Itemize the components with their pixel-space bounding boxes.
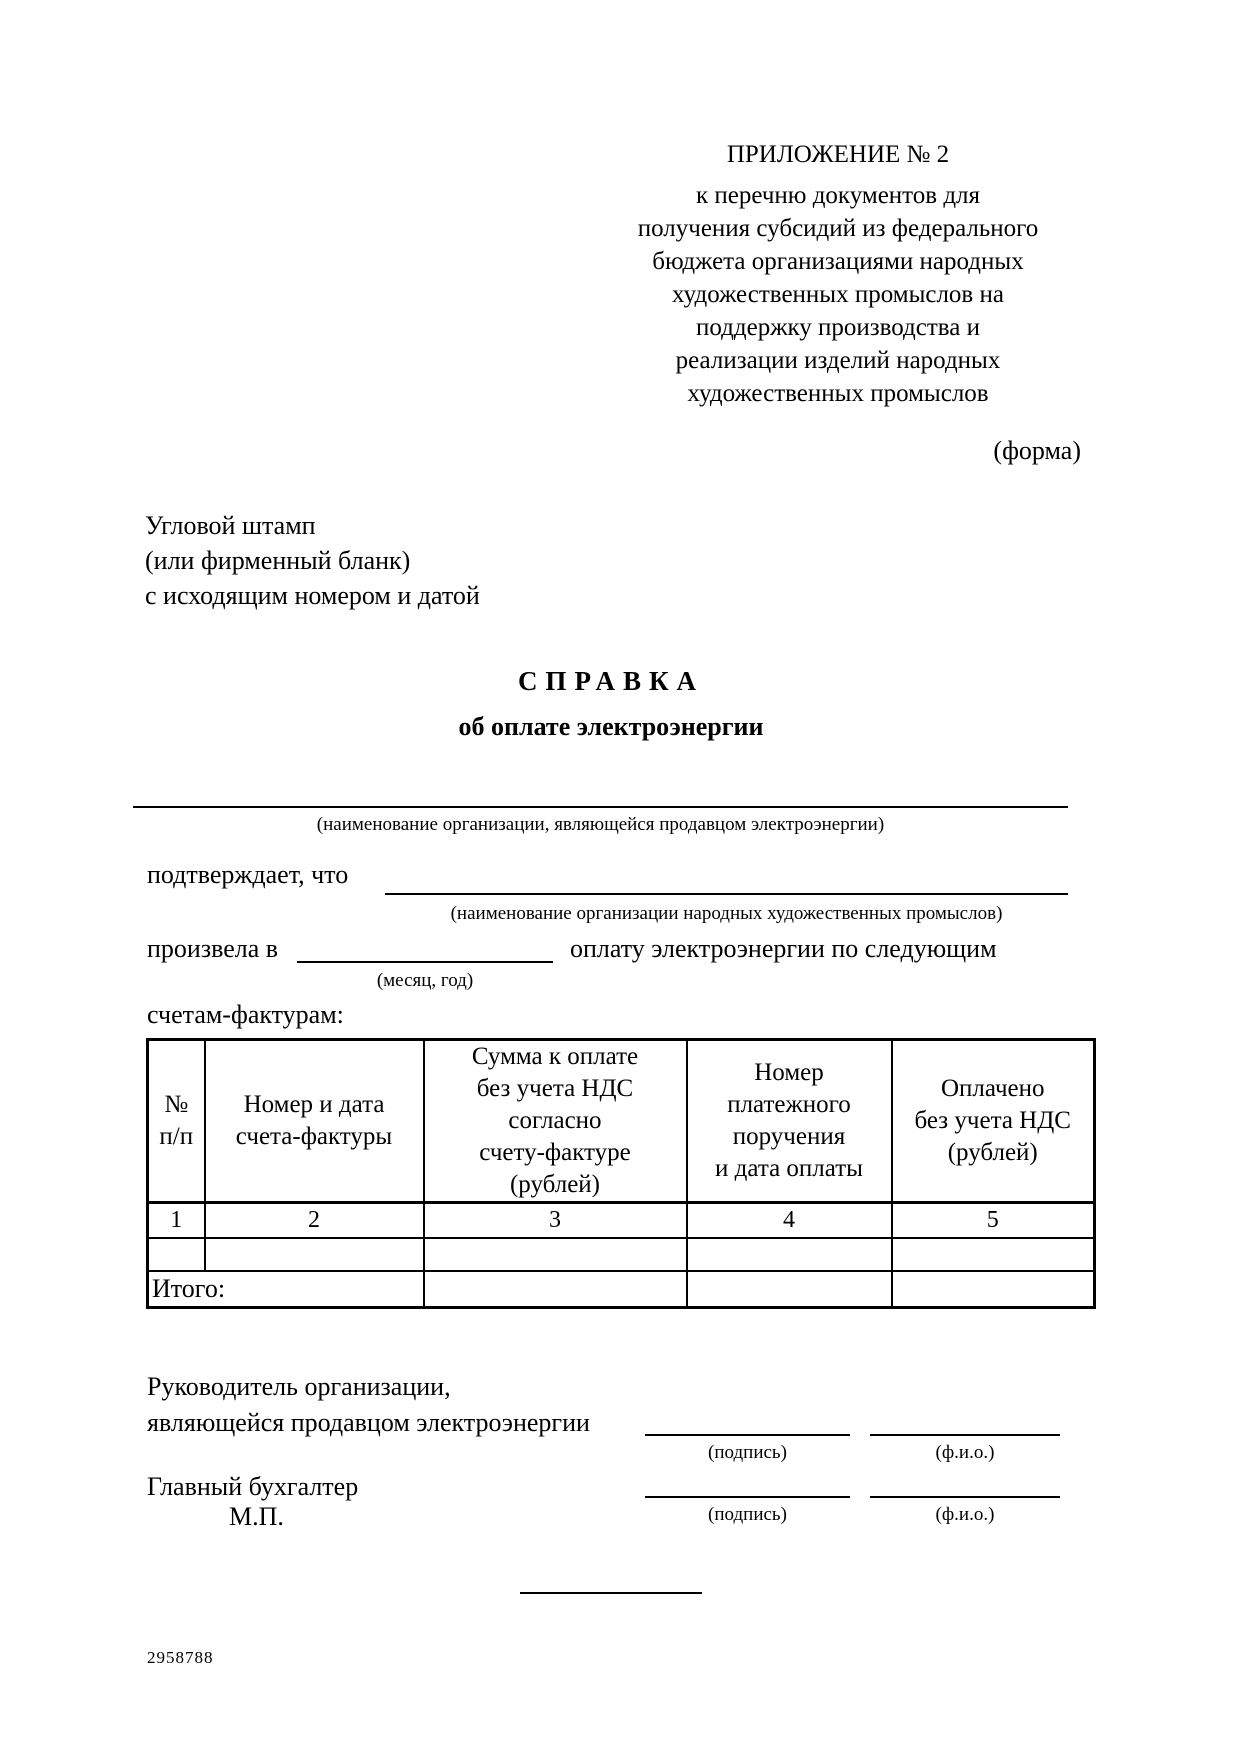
invoices-label: счетам-фактурам: xyxy=(147,1000,344,1030)
stamp-line: (или фирменный бланк) xyxy=(145,543,480,578)
signature-caption: (подпись) xyxy=(645,1504,850,1526)
invoices-table: № п/п Номер и дата счета-фактуры Сумма к… xyxy=(146,1038,1096,1309)
col-header-payment-order: Номер платежного поручения и дата оплаты xyxy=(687,1040,892,1203)
column-number-cell: 1 xyxy=(148,1203,205,1238)
director-label-line2: являющейся продавцом электроэнергии xyxy=(147,1408,590,1438)
empty-cell xyxy=(687,1271,892,1308)
col-header-paid-amount: Оплачено без учета НДС (рублей) xyxy=(892,1040,1095,1203)
appendix-title: ПРИЛОЖЕНИЕ № 2 xyxy=(598,138,1078,171)
appendix-line: бюджета организациями народных xyxy=(598,245,1078,278)
total-label-cell: Итого: xyxy=(148,1271,424,1308)
appendix-line: художественных промыслов xyxy=(598,377,1078,410)
period-blank-line xyxy=(297,961,553,963)
empty-cell xyxy=(892,1271,1095,1308)
empty-cell xyxy=(424,1238,687,1271)
accountant-signature-blank-line xyxy=(645,1496,850,1498)
signature-caption: (подпись) xyxy=(645,1442,850,1464)
accountant-fio-blank-line xyxy=(870,1496,1060,1498)
period-suffix-label: оплату электроэнергии по следующим xyxy=(570,934,997,964)
column-number-cell: 4 xyxy=(687,1203,892,1238)
org-name-caption: (наименование организации народных худож… xyxy=(385,903,1068,925)
director-fio-blank-line xyxy=(870,1434,1060,1436)
col-header-row-number: № п/п xyxy=(148,1040,205,1203)
document-page: ПРИЛОЖЕНИЕ № 2 к перечню документов для … xyxy=(0,0,1240,1754)
column-number-cell: 3 xyxy=(424,1203,687,1238)
stamp-line: Угловой штамп xyxy=(145,508,480,543)
accountant-label: Главный бухгалтер xyxy=(147,1472,358,1502)
column-number-cell: 2 xyxy=(205,1203,424,1238)
appendix-line: реализации изделий народных xyxy=(598,344,1078,377)
doc-subtitle: об оплате электроэнергии xyxy=(133,712,1089,742)
empty-cell xyxy=(148,1238,205,1271)
appendix-line: получения субсидий из федерального xyxy=(598,212,1078,245)
director-label-line1: Руководитель организации, xyxy=(147,1372,451,1402)
director-signature-blank-line xyxy=(645,1434,850,1436)
total-row: Итого: xyxy=(148,1271,1095,1308)
forma-label: (форма) xyxy=(850,436,1081,466)
column-number-cell: 5 xyxy=(892,1203,1095,1238)
fio-caption: (ф.и.о.) xyxy=(870,1504,1060,1526)
empty-cell xyxy=(687,1238,892,1271)
period-caption: (месяц, год) xyxy=(297,970,553,992)
period-prefix-label: произвела в xyxy=(147,934,278,964)
table-header-row: № п/п Номер и дата счета-фактуры Сумма к… xyxy=(148,1040,1095,1203)
doc-title: СПРАВКА xyxy=(133,666,1089,697)
column-number-row: 1 2 3 4 5 xyxy=(148,1203,1095,1238)
fio-caption: (ф.и.о.) xyxy=(870,1442,1060,1464)
seller-name-caption: (наименование организации, являющейся пр… xyxy=(133,814,1068,836)
footer-separator-line xyxy=(520,1592,702,1594)
appendix-line: поддержку производства и xyxy=(598,311,1078,344)
org-name-blank-line xyxy=(385,893,1068,895)
appendix-note: ПРИЛОЖЕНИЕ № 2 к перечню документов для … xyxy=(598,138,1078,410)
empty-cell xyxy=(205,1238,424,1271)
stamp-note: Угловой штамп (или фирменный бланк) с ис… xyxy=(145,508,480,613)
stamp-line: с исходящим номером и датой xyxy=(145,578,480,613)
col-header-invoice-number-date: Номер и дата счета-фактуры xyxy=(205,1040,424,1203)
appendix-line: художественных промыслов на xyxy=(598,278,1078,311)
empty-data-row xyxy=(148,1238,1095,1271)
footer-code: 2958788 xyxy=(147,1648,214,1668)
col-header-amount-due: Сумма к оплате без учета НДС согласно сч… xyxy=(424,1040,687,1203)
empty-cell xyxy=(892,1238,1095,1271)
empty-cell xyxy=(424,1271,687,1308)
appendix-line: к перечню документов для xyxy=(598,179,1078,212)
mp-label: М.П. xyxy=(229,1502,284,1532)
confirm-label: подтверждает, что xyxy=(147,860,348,890)
seller-name-blank-line xyxy=(133,806,1068,808)
